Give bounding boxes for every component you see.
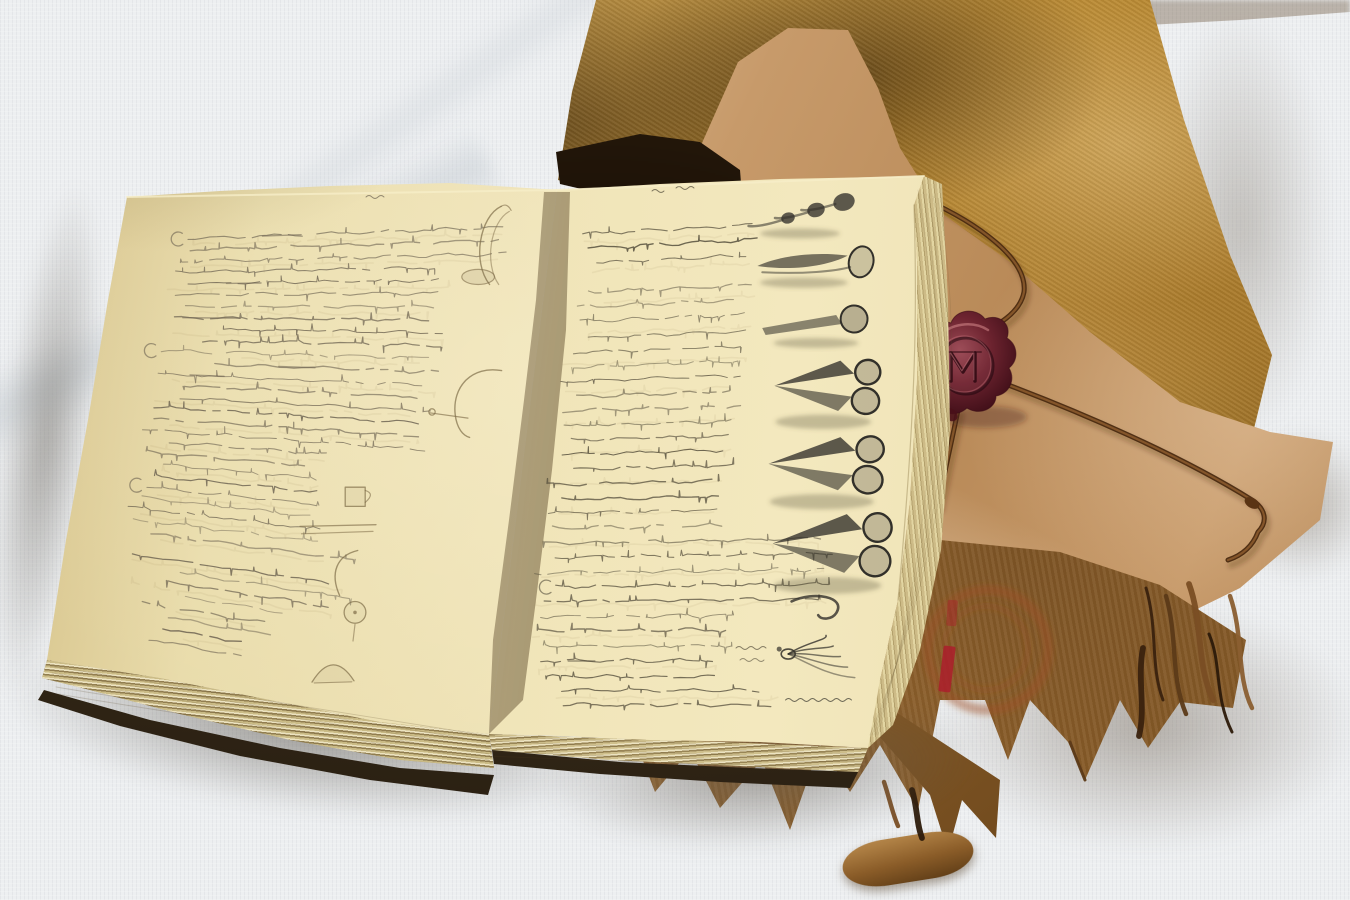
sketch-arcline: [429, 370, 502, 438]
sketch-halfmoon: [312, 665, 354, 683]
photo-manuscript-scene: [0, 0, 1350, 900]
left-page-writing: [128, 224, 510, 656]
sketch-scissor1: [757, 244, 876, 288]
sketch-loops: [749, 190, 858, 238]
sketch-bar: [300, 525, 376, 534]
sketch-wheel: [344, 602, 366, 641]
manuscript-writing-overlay: [0, 0, 1350, 900]
sketch-wing: [777, 635, 855, 701]
sketch-scissor2: [769, 434, 887, 510]
left-page-sketches: [300, 205, 511, 683]
sketch-scissor2: [774, 358, 882, 429]
sketch-mallet: [762, 304, 869, 348]
right-page-sketches: [749, 190, 895, 701]
sketch-mug: [345, 487, 370, 506]
sketch-plow: [462, 205, 511, 284]
sketch-scissor2: [773, 511, 895, 594]
